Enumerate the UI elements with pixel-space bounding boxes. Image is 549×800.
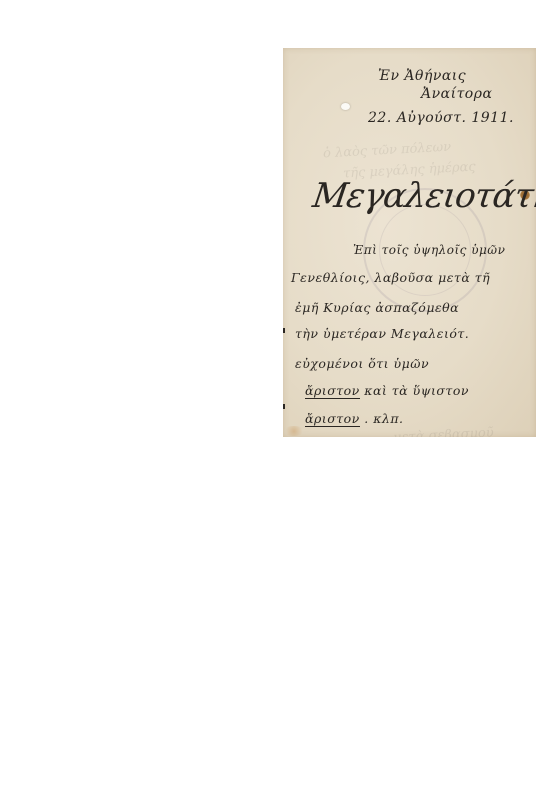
body-line-rest: καὶ τὰ ὕψιστον: [364, 383, 469, 398]
bleed-through-text: ὁ λαὸς τῶν πόλεων: [323, 140, 452, 162]
margin-mark: [283, 404, 285, 409]
bleed-through-text: μετὰ σεβασμοῦ: [393, 425, 494, 437]
body-line: τὴν ὑμετέραν Μεγαλειότ.: [295, 326, 469, 341]
paper-hole: [341, 103, 350, 110]
letter-date: 22. Αὐγούστ. 1911.: [368, 110, 514, 126]
salutation: Μεγαλειοτάτη,: [310, 176, 536, 216]
underlined-word: ἄριστον: [305, 411, 360, 427]
paper-stain: [283, 426, 305, 436]
body-line: Γενεθλίοις, λαβοῦσα μετὰ τῆ: [291, 270, 490, 285]
body-line: ἐμῆ Κυρίας ἀσπαζόμεθα: [295, 300, 459, 315]
page-background: ὁ λαὸς τῶν πόλεων τῆς μεγάλης ἡμέρας μετ…: [0, 0, 549, 800]
letter-sheet: ὁ λαὸς τῶν πόλεων τῆς μεγάλης ἡμέρας μετ…: [283, 48, 536, 437]
place-line-1: Ἐν Ἀθήναις: [378, 68, 466, 84]
body-line-underlined: ἄριστον καὶ τὰ ὕψιστον: [305, 383, 469, 398]
underlined-word: ἄριστον: [305, 383, 360, 399]
margin-mark: [283, 328, 285, 333]
body-line: εὐχομένοι ὅτι ὑμῶν: [295, 356, 429, 371]
place-line-2: Ἀναίτορα: [421, 86, 492, 102]
body-line: Ἐπὶ τοῖς ὑψηλοῖς ὑμῶν: [353, 243, 505, 257]
closing-line: ἄριστον . κλπ.: [305, 411, 404, 426]
closing-abbrev: . κλπ.: [364, 411, 403, 426]
